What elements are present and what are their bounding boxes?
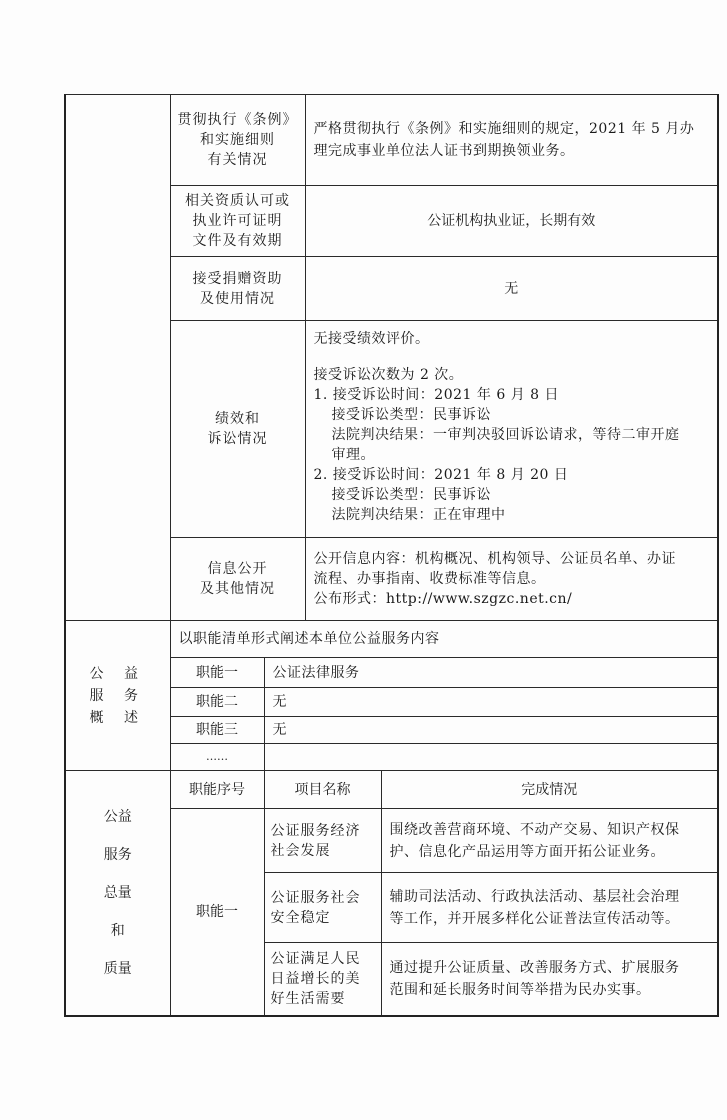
document-page: 贯彻执行《条例》 和实施细则 有关情况 严格贯彻执行《条例》和实施细则的规定，2… xyxy=(0,0,727,1120)
function-name-ellipsis: …… xyxy=(170,744,264,771)
row-label-donations: 接受捐赠资助 及使用情况 xyxy=(170,257,305,321)
completion-status: 通过提升公证质量、改善服务方式、扩展服务 范围和延长服务时间等举措为民办实事。 xyxy=(381,943,718,1016)
label-line: 贯彻执行《条例》 xyxy=(171,110,305,130)
function-value xyxy=(264,744,718,771)
content-line: 接受诉讼类型：民事诉讼 xyxy=(314,485,710,505)
label-line: 公益 xyxy=(66,798,170,836)
row-content-donations: 无 xyxy=(305,257,718,321)
project-line: 好生活需要 xyxy=(271,989,375,1009)
function-name: 职能一 xyxy=(170,658,264,688)
content-line: 流程、办事指南、收费标准等信息。 xyxy=(314,569,710,589)
status-line: 范围和延长服务时间等举措为民办实事。 xyxy=(390,979,710,1001)
quantity-section-label: 公益 服务 总量 和 质量 xyxy=(65,771,170,1016)
status-line: 通过提升公证质量、改善服务方式、扩展服务 xyxy=(390,957,710,979)
upper-info-table: 贯彻执行《条例》 和实施细则 有关情况 严格贯彻执行《条例》和实施细则的规定，2… xyxy=(64,94,719,621)
label-line: 绩效和 xyxy=(171,409,305,429)
row-content-performance-litigation: 无接受绩效评价。 接受诉讼次数为 2 次。 1. 接受诉讼时间：2021 年 6… xyxy=(305,321,718,538)
header-seq: 职能序号 xyxy=(170,771,264,809)
content-line: 严格贯彻执行《条例》和实施细则的规定，2021 年 5 月办 xyxy=(314,118,710,140)
completion-status: 辅助司法活动、行政执法活动、基层社会治理 等工作，并开展多样化公证普法宣传活动等… xyxy=(381,873,718,943)
status-line: 围绕改善营商环境、不动产交易、知识产权保 xyxy=(390,819,710,841)
label-line: 和 xyxy=(66,912,170,950)
label-line: 服务 xyxy=(66,836,170,874)
row-label-disclosure: 信息公开 及其他情况 xyxy=(170,538,305,621)
label-line: 诉讼情况 xyxy=(171,429,305,449)
completion-status: 围绕改善营商环境、不动产交易、知识产权保 护、信息化产品运用等方面开拓公证业务。 xyxy=(381,809,718,873)
label-line: 信息公开 xyxy=(171,559,305,579)
label-line: 质量 xyxy=(66,950,170,988)
label-line: 及其他情况 xyxy=(171,579,305,599)
project-line: 公证满足人民 xyxy=(271,949,375,969)
content-line: 无接受绩效评价。 xyxy=(314,329,710,349)
project-name: 公证服务经济 社会发展 xyxy=(264,809,381,873)
function-value: 无 xyxy=(264,688,718,717)
project-line: 公证服务经济 xyxy=(271,821,375,841)
label-line: 文件及有效期 xyxy=(171,231,305,251)
row-label-regulations: 贯彻执行《条例》 和实施细则 有关情况 xyxy=(170,95,305,186)
label-line: 概 述 xyxy=(66,707,170,729)
project-line: 安全稳定 xyxy=(271,908,375,928)
content-line: 接受诉讼类型：民事诉讼 xyxy=(314,405,710,425)
content-line: 2. 接受诉讼时间：2021 年 8 月 20 日 xyxy=(314,465,710,485)
function-seq: 职能一 xyxy=(170,809,264,1016)
label-line: 相关资质认可或 xyxy=(171,191,305,211)
label-line: 及使用情况 xyxy=(171,289,305,309)
service-quantity-table: 公益 服务 总量 和 质量 职能序号 项目名称 完成情况 职能一 公证服务经济 … xyxy=(64,770,719,1017)
row-label-qualification: 相关资质认可或 执业许可证明 文件及有效期 xyxy=(170,186,305,257)
row-label-performance-litigation: 绩效和 诉讼情况 xyxy=(170,321,305,538)
label-line: 总量 xyxy=(66,874,170,912)
function-value: 公证法律服务 xyxy=(264,658,718,688)
content-line: 理完成事业单位法人证书到期换领业务。 xyxy=(314,140,710,162)
label-line: 接受捐赠资助 xyxy=(171,269,305,289)
label-line: 和实施细则 xyxy=(171,130,305,150)
table-row: 公 益 服 务 概 述 以职能清单形式阐述本单位公益服务内容 xyxy=(65,621,718,658)
row-content-regulations: 严格贯彻执行《条例》和实施细则的规定，2021 年 5 月办 理完成事业单位法人… xyxy=(305,95,718,186)
table-row: 公益 服务 总量 和 质量 职能序号 项目名称 完成情况 xyxy=(65,771,718,809)
project-line: 公证服务社会 xyxy=(271,888,375,908)
row-content-qualification: 公证机构执业证，长期有效 xyxy=(305,186,718,257)
content-line: 公证机构执业证，长期有效 xyxy=(306,211,718,231)
content-line: 无 xyxy=(306,279,718,299)
header-project: 项目名称 xyxy=(264,771,381,809)
label-line: 公 益 xyxy=(66,663,170,685)
label-line: 执业许可证明 xyxy=(171,211,305,231)
content-line: 法院判决结果：正在审理中 xyxy=(314,505,710,525)
status-line: 辅助司法活动、行政执法活动、基层社会治理 xyxy=(390,886,710,908)
content-line: 接受诉讼次数为 2 次。 xyxy=(314,365,710,385)
service-overview-table: 公 益 服 务 概 述 以职能清单形式阐述本单位公益服务内容 职能一 公证法律服… xyxy=(64,620,719,771)
table-row: 贯彻执行《条例》 和实施细则 有关情况 严格贯彻执行《条例》和实施细则的规定，2… xyxy=(65,95,718,186)
project-name: 公证服务社会 安全稳定 xyxy=(264,873,381,943)
label-line: 有关情况 xyxy=(171,150,305,170)
overview-section-label: 公 益 服 务 概 述 xyxy=(65,621,170,771)
upper-left-blank-cell xyxy=(65,95,170,621)
overview-intro: 以职能清单形式阐述本单位公益服务内容 xyxy=(170,621,718,658)
project-name: 公证满足人民 日益增长的美 好生活需要 xyxy=(264,943,381,1016)
project-line: 日益增长的美 xyxy=(271,969,375,989)
content-line: 公开信息内容：机构概况、机构领导、公证员名单、办证 xyxy=(314,549,710,569)
content-line: 法院判决结果：一审判决驳回诉讼请求，等待二审开庭 xyxy=(314,425,710,445)
row-content-disclosure: 公开信息内容：机构概况、机构领导、公证员名单、办证 流程、办事指南、收费标准等信… xyxy=(305,538,718,621)
disclosure-url: 公布形式：http://www.szgzc.net.cn/ xyxy=(314,589,710,609)
function-name: 职能二 xyxy=(170,688,264,717)
header-status: 完成情况 xyxy=(381,771,718,809)
content-line: 审理。 xyxy=(314,445,710,465)
status-line: 护、信息化产品运用等方面开拓公证业务。 xyxy=(390,841,710,863)
project-line: 社会发展 xyxy=(271,841,375,861)
content-line: 1. 接受诉讼时间：2021 年 6 月 8 日 xyxy=(314,385,710,405)
status-line: 等工作，并开展多样化公证普法宣传活动等。 xyxy=(390,908,710,930)
function-value: 无 xyxy=(264,717,718,744)
label-line: 服 务 xyxy=(66,685,170,707)
function-name: 职能三 xyxy=(170,717,264,744)
